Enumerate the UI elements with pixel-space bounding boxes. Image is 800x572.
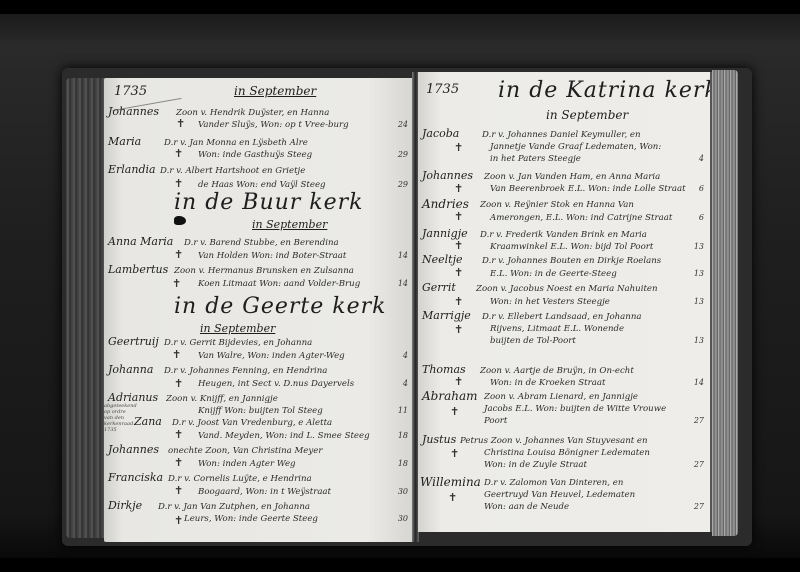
month-heading: in September — [200, 322, 275, 335]
entry-day: 30 — [398, 486, 408, 498]
child-name: Willemina — [420, 476, 481, 488]
entry-line-1: D.r v. Zalomon Van Dinteren, en — [484, 477, 623, 489]
baptism-cross-icon: ✝ — [176, 118, 185, 130]
baptism-cross-icon: ✝ — [174, 378, 183, 390]
entry-line-2: Won: inden Agter Weg — [198, 458, 296, 470]
entry-line-1: Zoon v. Hendrik Duÿster, en Hanna — [176, 107, 329, 119]
page-edges-right — [712, 70, 738, 536]
baptism-cross-icon: ✝ — [174, 178, 183, 190]
church-heading: in de Geerte kerk — [174, 294, 386, 319]
ink-blot — [174, 216, 186, 225]
child-name: Neeltje — [422, 254, 463, 266]
baptism-cross-icon: ✝ — [174, 457, 183, 469]
entry-line-2: Kraamwinkel E.L. Won: bijd Tol Poort — [490, 241, 653, 253]
entry-day: 4 — [403, 378, 408, 390]
entry-line-2: Boogaard, Won: in t Weÿstraat — [198, 486, 331, 498]
scan-top-border — [0, 0, 800, 14]
entry-line-1: D.r v. Ellebert Landsaad, en Johanna — [482, 311, 642, 323]
entry-line-2: Heugen, int Sect v. D.nus Dayervels — [198, 378, 354, 390]
entry-line-1: D.r v. Johannes Daniel Keymuller, en — [482, 129, 641, 141]
entry-line-1: D.r v. Albert Hartshoot en Grietje — [160, 165, 305, 177]
baptism-cross-icon: ✝ — [454, 240, 463, 252]
entry-day: 13 — [694, 241, 704, 253]
baptism-cross-icon: ✝ — [174, 249, 183, 261]
entry-day: 13 — [694, 335, 704, 347]
baptism-cross-icon: ✝ — [172, 278, 181, 290]
entry-day: 14 — [694, 377, 704, 389]
child-name: Gerrit — [422, 282, 456, 294]
entry-line-2: Van Holden Won: ind Boter-Straat — [198, 250, 346, 262]
child-name: Johanna — [108, 364, 153, 376]
entry-line-2: Won: in de Kroeken Straat — [490, 377, 605, 389]
entry-line-1: D.r v. Johannes Bouten en Dirkje Roelans — [482, 255, 661, 267]
entry-day: 14 — [398, 250, 408, 262]
entry-line-1: D.r v. Jan Monna en Lÿsbeth Alre — [164, 137, 308, 149]
entry-day: 18 — [398, 430, 408, 442]
entry-line-1: Zoon v. Jacobus Noest en Maria Nahuiten — [476, 283, 658, 295]
entry-line-1: D.r v. Frederik Vanden Brink en Maria — [480, 229, 647, 241]
baptism-cross-icon: ✝ — [450, 448, 459, 460]
year-mark: 1735 — [114, 84, 147, 99]
left-page: 1735 in September Johannes Zoon v. Hendr… — [104, 78, 414, 542]
entry-line-2: Christina Louisa Bönigner Ledematen — [484, 447, 650, 459]
child-name: Abraham — [422, 390, 478, 402]
month-heading: in September — [546, 108, 628, 122]
entry-day: 24 — [398, 119, 408, 131]
entry-line-2: Van Walre, Won: inden Agter-Weg — [198, 350, 345, 362]
entry-line-2: Amerongen, E.L. Won: ind Catrijne Straat — [490, 212, 672, 224]
entry-line-2: Won: in het Vesters Steegje — [490, 296, 610, 308]
church-heading: in de Katrina kerk — [498, 78, 712, 103]
entry-day: 6 — [699, 212, 704, 224]
entry-day: 27 — [694, 415, 704, 427]
child-name: Lambertus — [108, 264, 168, 276]
entry-line-2: Koen Litmaat Won: aand Volder-Brug — [198, 278, 360, 290]
baptism-cross-icon: ✝ — [174, 148, 183, 160]
right-page: 1735 in de Katrina kerk in September Jac… — [418, 72, 712, 532]
entry-line-1: D.r v. Johannes Fenning, en Hendrina — [164, 365, 327, 377]
child-name: Anna Maria — [108, 236, 173, 248]
baptism-cross-icon: ✝ — [454, 296, 463, 308]
entry-line-2: Vand. Meyden, Won: ind L. Smee Steeg — [198, 430, 370, 442]
entry-line-2: Vander Sluÿs, Won: op t Vree-burg — [198, 119, 349, 131]
entry-line-2: Rijvens, Litmaat E.L. Wonende — [490, 323, 624, 335]
section-heading: in September — [234, 84, 316, 98]
child-name: Franciska — [108, 472, 163, 484]
entry-line-2: Won: inde Gasthuÿs Steeg — [198, 149, 312, 161]
baptism-cross-icon: ✝ — [454, 267, 463, 279]
entry-line-1: D.r v. Jan Van Zutphen, en Johanna — [158, 501, 310, 513]
entry-day: 11 — [398, 405, 408, 417]
child-name: Johannes — [108, 106, 159, 118]
entry-day: 14 — [398, 278, 408, 290]
entry-line-1: D.r v. Joost Van Vredenburg, e Aletta — [172, 417, 332, 429]
entry-day: 18 — [398, 458, 408, 470]
child-name: Geertruij — [108, 336, 159, 348]
entry-day: 27 — [694, 459, 704, 471]
entry-line-1: Zoon v. Hermanus Brunsken en Zulsanna — [174, 265, 354, 277]
entry-line-1: D.r v. Barend Stubbe, en Berendina — [184, 237, 339, 249]
baptism-cross-icon: ✝ — [450, 406, 459, 418]
entry-day: 4 — [699, 153, 704, 165]
margin-note: abgeteekend op ordre van den kerkenraad … — [104, 403, 134, 433]
entry-day: 6 — [699, 183, 704, 195]
entry-line-1: Petrus Zoon v. Johannes Van Stuyvesant e… — [460, 435, 648, 447]
entry-line-2: E.L. Won: in de Geerte-Steeg — [490, 268, 617, 280]
entry-line-1: Zoon v. Knijff, en Jannigje — [166, 393, 278, 405]
baptism-cross-icon: ✝ — [454, 183, 463, 195]
entry-line-1: D.r v. Gerrit Bijdevies, en Johanna — [164, 337, 312, 349]
entry-line-2: Leurs, Won: inde Geerte Steeg — [184, 513, 318, 525]
baptism-cross-icon: ✝ — [174, 515, 183, 527]
entry-day: 13 — [694, 268, 704, 280]
entry-line-2: Jannetje Vande Graaf Ledematen, Won: — [490, 141, 661, 153]
entry-day: 27 — [694, 501, 704, 513]
entry-line-1: onechte Zoon, Van Christina Meyer — [168, 445, 322, 457]
month-heading: in September — [252, 218, 327, 231]
entry-line-3: Won: in de Zuyle Straat — [484, 459, 587, 471]
baptism-cross-icon: ✝ — [172, 349, 181, 361]
child-name: Dirkje — [108, 500, 142, 512]
baptism-cross-icon: ✝ — [454, 211, 463, 223]
entry-day: 30 — [398, 513, 408, 525]
entry-line-2: Geertruyd Van Heuvel, Ledematen — [484, 489, 635, 501]
child-name: Johannes — [422, 170, 473, 182]
child-name: Erlandia — [108, 164, 156, 176]
entry-line-2: Van Beerenbroek E.L. Won: inde Lolle Str… — [490, 183, 686, 195]
baptism-cross-icon: ✝ — [454, 142, 463, 154]
child-name: Justus — [422, 434, 456, 446]
child-name: Marrigje — [422, 310, 471, 322]
child-name: Jacoba — [422, 128, 459, 140]
baptism-cross-icon: ✝ — [454, 324, 463, 336]
church-heading: in de Buur kerk — [174, 190, 364, 215]
entry-day: 13 — [694, 296, 704, 308]
entry-day: 29 — [398, 149, 408, 161]
child-name: Maria — [108, 136, 141, 148]
baptism-cross-icon: ✝ — [454, 376, 463, 388]
baptism-cross-icon: ✝ — [448, 492, 457, 504]
child-name: Johannes — [108, 444, 159, 456]
entry-line-1: Zoon v. Aartje de Bruÿn, in On-echt — [480, 365, 634, 377]
entry-line-3: Poort — [484, 415, 507, 427]
entry-day: 4 — [403, 350, 408, 362]
baptism-cross-icon: ✝ — [174, 429, 183, 441]
entry-line-1: Zoon v. Abram Lienard, en Jannigje — [484, 391, 638, 403]
entry-line-3: in het Paters Steegje — [490, 153, 581, 165]
entry-line-1: Zoon v. Reÿnier Stok en Hanna Van — [480, 199, 634, 211]
child-name: Andries — [422, 198, 469, 210]
scan-bottom-border — [0, 558, 800, 572]
entry-line-1: Zoon v. Jan Vanden Ham, en Anna Maria — [484, 171, 660, 183]
child-name: Zana — [134, 416, 162, 428]
entry-day: 29 — [398, 179, 408, 191]
entry-line-2: Knijff Won: buijten Tol Steeg — [198, 405, 323, 417]
year-mark: 1735 — [426, 82, 459, 97]
entry-line-1: D.r v. Cornelis Luÿte, e Hendrina — [168, 473, 312, 485]
entry-line-3: Won: aan de Neude — [484, 501, 569, 513]
entry-line-2: Jacobs E.L. Won: buijten de Witte Vrouwe — [484, 403, 666, 415]
page-edges-left — [66, 78, 106, 538]
baptism-cross-icon: ✝ — [174, 485, 183, 497]
entry-line-3: buijten de Tol-Poort — [490, 335, 576, 347]
